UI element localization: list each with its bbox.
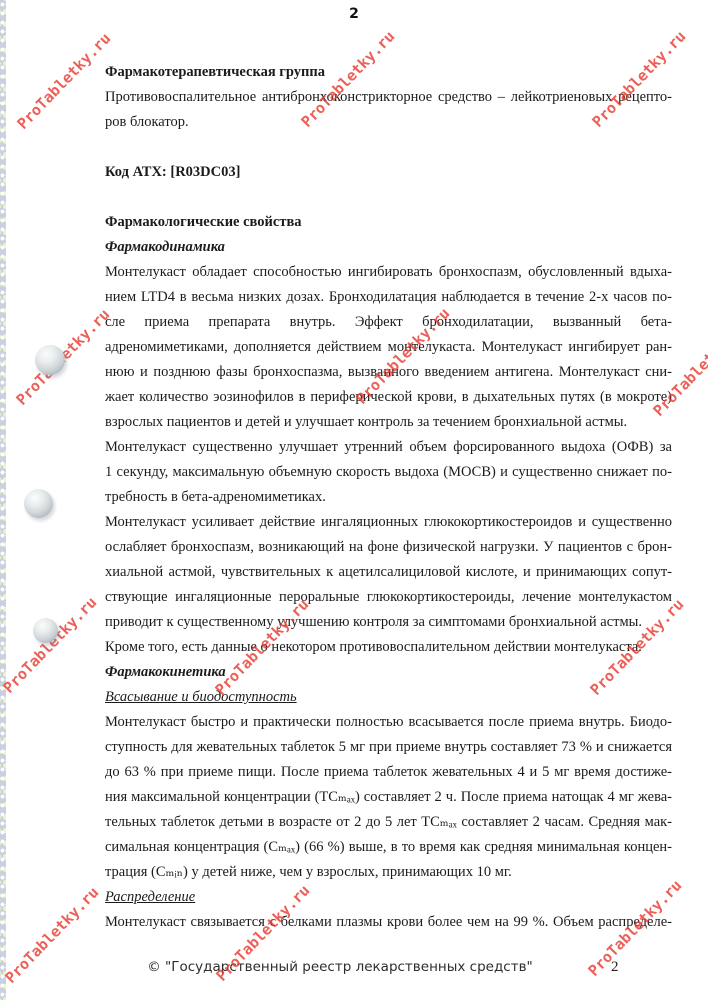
heading-absorption-bioavailability: Всасывание и биодоступность bbox=[105, 685, 672, 710]
left-edge-strip bbox=[0, 0, 6, 1000]
sphere-bullet-decoration bbox=[24, 489, 53, 518]
text-line: взрослых пациентов и детей и улучшает ко… bbox=[105, 410, 672, 435]
text-line: Монтелукаст обладает способностью ингиби… bbox=[105, 260, 672, 285]
text-line: Кроме того, есть данные о некотором прот… bbox=[105, 635, 672, 660]
heading-pharmacokinetics: Фармакокинетика bbox=[105, 660, 672, 685]
heading-pharmacological-properties: Фармакологические свойства bbox=[105, 210, 672, 235]
sphere-bullet-decoration bbox=[33, 618, 58, 643]
page-footer: © "Государственный реестр лекарственных … bbox=[0, 957, 708, 982]
text-line: ров блокатор. bbox=[105, 110, 672, 135]
footer-page-number: 2 bbox=[611, 959, 619, 976]
document-page: 2 Фармакотерапевтическая группа Противов… bbox=[0, 0, 708, 1000]
text-line: сле приема препарата внутрь. Эффект брон… bbox=[105, 310, 672, 335]
text-line: Монтелукаст усиливает действие ингаляцио… bbox=[105, 510, 672, 535]
blank-line bbox=[105, 135, 672, 160]
text-line: Противовоспалительное антибронхоконстрик… bbox=[105, 85, 672, 110]
heading-atc-code: Код АТХ: [R03DC03] bbox=[105, 160, 672, 185]
watermark-text: ProTabletky.ru bbox=[0, 593, 100, 696]
text-line: Монтелукаст существенно улучшает утренни… bbox=[105, 435, 672, 460]
text-line: ослабляет бронхоспазм, возникающий на фо… bbox=[105, 535, 672, 560]
paragraph-pharmacodynamics-3: Монтелукаст усиливает действие ингаляцио… bbox=[105, 510, 672, 635]
text-line: тельных таблеток детьми в возрасте от 2 … bbox=[105, 810, 672, 835]
blank-line bbox=[105, 185, 672, 210]
text-line: приводит к существенному улучшению контр… bbox=[105, 610, 672, 635]
text-line: ствующие ингаляционные пероральные глюко… bbox=[105, 585, 672, 610]
text-line: хиальной астмой, чувствительных к ацетил… bbox=[105, 560, 672, 585]
top-page-number: 2 bbox=[0, 6, 708, 22]
paragraph-group-description: Противовоспалительное антибронхоконстрик… bbox=[105, 85, 672, 135]
text-line: Монтелукаст связывается с белками плазмы… bbox=[105, 910, 672, 935]
text-line: нюю и позднюю фазы бронхоспазма, вызванн… bbox=[105, 360, 672, 385]
text-line: трация (Cₘᵢₙ) у детей ниже, чем у взросл… bbox=[105, 860, 672, 885]
paragraph-pharmacodynamics-4: Кроме того, есть данные о некотором прот… bbox=[105, 635, 672, 660]
text-line: ступность для жевательных таблеток 5 мг … bbox=[105, 735, 672, 760]
paragraph-pharmacokinetics-1: Монтелукаст быстро и практически полност… bbox=[105, 710, 672, 885]
text-line: требность в бета-адреномиметиках. bbox=[105, 485, 672, 510]
text-line: ния максимальной концентрации (TCₘₐₓ) со… bbox=[105, 785, 672, 810]
text-line: нием LTD4 в весьма низких дозах. Бронход… bbox=[105, 285, 672, 310]
paragraph-pharmacokinetics-2: Монтелукаст связывается с белками плазмы… bbox=[105, 910, 672, 935]
document-body: Фармакотерапевтическая группа Противовос… bbox=[105, 60, 672, 935]
text-line: 1 секунду, максимальную объемную скорост… bbox=[105, 460, 672, 485]
text-line: Монтелукаст быстро и практически полност… bbox=[105, 710, 672, 735]
paragraph-pharmacodynamics-2: Монтелукаст существенно улучшает утренни… bbox=[105, 435, 672, 510]
heading-distribution: Распределение bbox=[105, 885, 672, 910]
text-line: симальная концентрация (Cₘₐₓ) (66 %) выш… bbox=[105, 835, 672, 860]
heading-pharmacodynamics: Фармакодинамика bbox=[105, 235, 672, 260]
text-line: адреномиметиками, дополняется действием … bbox=[105, 335, 672, 360]
sphere-bullet-decoration bbox=[35, 345, 65, 375]
text-line: до 63 % при приеме пищи. После приема та… bbox=[105, 760, 672, 785]
paragraph-pharmacodynamics-1: Монтелукаст обладает способностью ингиби… bbox=[105, 260, 672, 435]
text-line: жает количество эозинофилов в перифериче… bbox=[105, 385, 672, 410]
heading-pharmacotherapeutic-group: Фармакотерапевтическая группа bbox=[105, 60, 672, 85]
watermark-text: ProTabletky.ru bbox=[14, 29, 115, 132]
footer-copyright: © "Государственный реестр лекарственных … bbox=[0, 957, 680, 977]
